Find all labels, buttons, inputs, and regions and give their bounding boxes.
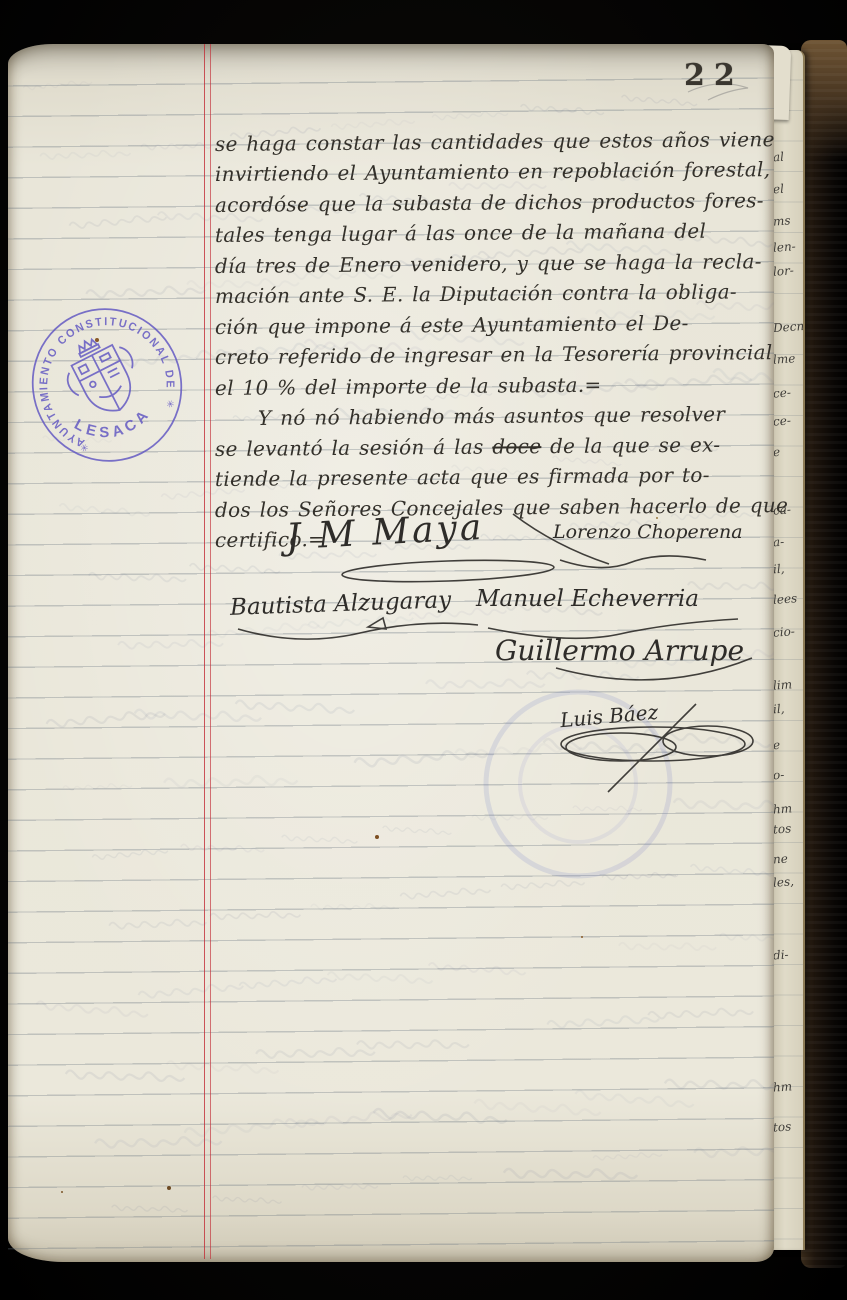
manuscript-line: Y nó nó habiendo más asuntos que resolve… bbox=[258, 402, 725, 430]
manuscript-line: creto referido de ingresar en la Tesorer… bbox=[215, 340, 773, 369]
edge-text-fragment: di- bbox=[773, 947, 790, 962]
edge-text-fragment: lim bbox=[773, 677, 793, 692]
edge-text-fragment: ms bbox=[773, 213, 791, 228]
edge-text-fragment: hm bbox=[773, 801, 793, 816]
next-page-edge: al el ms len- lor- Decn lme ce- ce- e ca… bbox=[770, 50, 805, 1250]
page-number: 22 bbox=[684, 58, 744, 93]
edge-text-fragment: tos bbox=[773, 821, 792, 836]
manuscript-line: tiende la presente acta que es firmada p… bbox=[215, 463, 710, 491]
line-segment: se levantó la sesión á las bbox=[215, 435, 492, 461]
edge-text-fragment: ce- bbox=[773, 413, 792, 428]
stamp-star-left: ✳ bbox=[79, 442, 91, 455]
red-margin-rule bbox=[204, 44, 211, 1259]
book-binding-edge bbox=[801, 40, 847, 1268]
photographed-minutes-book: al el ms len- lor- Decn lme ce- ce- e ca… bbox=[0, 0, 847, 1300]
signature-echeverria: Manuel Echeverria bbox=[476, 586, 699, 612]
edge-text-fragment: il, bbox=[773, 702, 785, 717]
edge-text-fragment: al bbox=[773, 150, 785, 165]
edge-text-fragment: il, bbox=[773, 562, 785, 577]
manuscript-line-with-strikethrough: se levantó la sesión á las doce de la qu… bbox=[215, 433, 721, 461]
edge-text-fragment: a- bbox=[773, 535, 785, 550]
struck-word: doce bbox=[492, 434, 541, 458]
edge-text-fragment: lees bbox=[773, 591, 798, 607]
manuscript-line: se haga constar las cantidades que estos… bbox=[215, 127, 775, 156]
edge-text-fragment: ne bbox=[773, 851, 789, 866]
line-segment: de la que se ex- bbox=[541, 433, 720, 459]
manuscript-line: ción que impone á este Ayuntamiento el D… bbox=[215, 311, 689, 339]
edge-text-fragment: el bbox=[773, 182, 785, 197]
manuscript-line: tales tenga lugar á las once de la mañan… bbox=[215, 219, 706, 247]
manuscript-line: el 10 % del importe de la subasta.= bbox=[215, 373, 602, 400]
manuscript-line: mación ante S. E. la Diputación contra l… bbox=[215, 279, 737, 308]
edge-text-fragment: lme bbox=[773, 351, 796, 367]
manuscript-page: 22 AYUNTAMIENTO CONSTITUCIONAL DE ✳ ✳ LE… bbox=[8, 44, 774, 1262]
edge-text-fragment: ce- bbox=[773, 385, 792, 400]
edge-text-fragment: len- bbox=[773, 239, 797, 255]
edge-text-fragment: les, bbox=[773, 874, 795, 889]
signature-arrupe: Guillermo Arrupe bbox=[495, 634, 744, 667]
edge-text-fragment: hm bbox=[773, 1079, 793, 1094]
edge-text-fragment: tos bbox=[773, 1119, 792, 1134]
signature-choperena: Lorenzo Choperena bbox=[553, 521, 743, 543]
edge-text-fragment: cio- bbox=[773, 624, 796, 639]
manuscript-line: día tres de Enero venidero, y que se hag… bbox=[215, 249, 762, 278]
edge-text-fragment: Decn bbox=[773, 319, 805, 335]
next-page-ruled-lines bbox=[770, 50, 803, 1250]
edge-text-fragment: lor- bbox=[773, 263, 795, 278]
stamp-star-right: ✳ bbox=[165, 398, 177, 411]
manuscript-line: acordóse que la subasta de dichos produc… bbox=[215, 188, 764, 217]
edge-text-fragment: o- bbox=[773, 768, 785, 783]
manuscript-line: invirtiendo el Ayuntamiento en repoblaci… bbox=[215, 157, 771, 186]
